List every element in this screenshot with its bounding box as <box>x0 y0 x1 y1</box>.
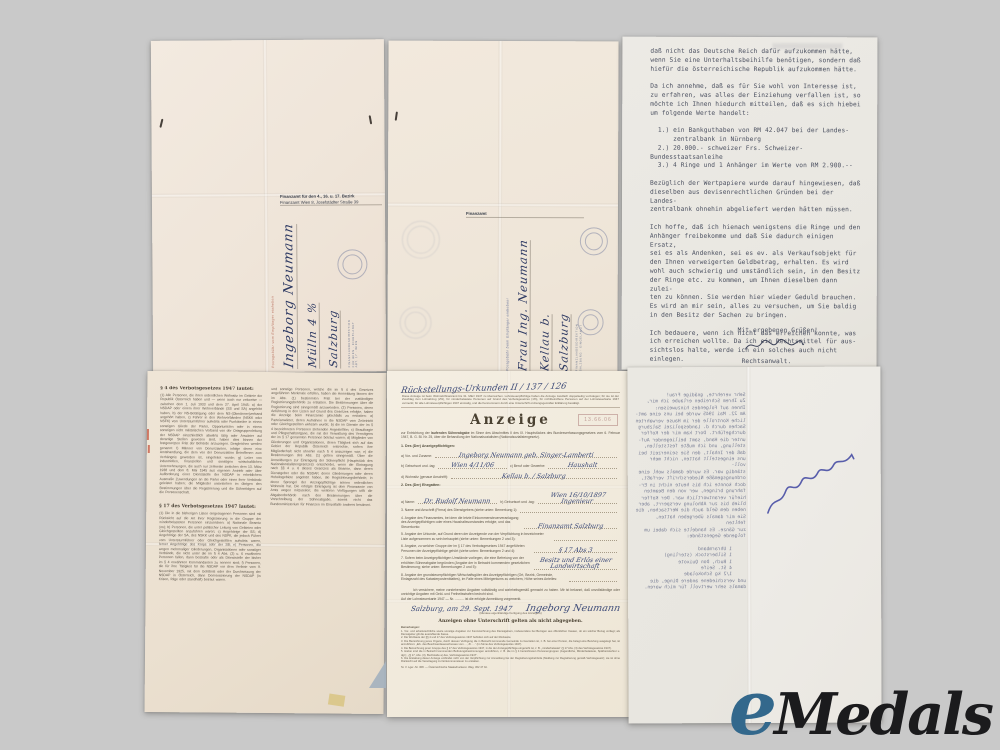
postage-note-blue: Postgebühr beim Empfänger einheben! <box>505 229 509 371</box>
date-received-stamp: 13.66.06 <box>578 414 618 426</box>
label-befreiung: 7. Sofern beim Anzeigepflichtigen Umstän… <box>401 556 531 569</box>
address-line2-row: Mülln 4 % <box>301 85 323 368</box>
label-urkunde: 5. Angabe der Urkunde, auf Grund deren d… <box>401 532 551 541</box>
value-vorname: Ingeborg Neumann geb. Singer-Lamberti <box>458 452 594 458</box>
label-ehegatte-geburt: b) Geburtsort und -tag: <box>500 500 534 504</box>
postmark-inner-ring <box>405 312 427 334</box>
letter-body-text: daß nicht das Deutsche Reich dafür aufzu… <box>650 48 863 365</box>
address-block-rotated: Portogebühr vom Empfänger einheben Ingeb… <box>269 84 383 368</box>
finanzamt-label: Finanzamt <box>466 211 584 218</box>
staple-mark-icon <box>159 119 163 128</box>
address-line2-handwriting: Kellau b. <box>538 312 552 372</box>
postmark-inner-ring <box>342 254 362 274</box>
form-title-row: Anzeige 13.66.06 <box>401 412 620 428</box>
value-gruppe: § 17 Abs 3 <box>558 547 593 553</box>
sender-printed-lines: Finanzamt <box>466 211 586 218</box>
address-line3-row: Salzburg <box>554 229 572 371</box>
form-row-birth: b) Geburtsort und -tag: Wien 4/11/06 c) … <box>401 461 620 468</box>
form-declaration-2: Auf der Lohnsteuerkarte 1947 — Nr. .....… <box>401 597 620 601</box>
field-wohnsitz: Kellau b. / Salzburg <box>451 472 617 479</box>
field-finanzamt: Finanzamt Salzburg <box>524 522 617 529</box>
field-ehegatte-geburt: Wien 16/10/1897 Ingenieur <box>538 491 617 504</box>
address-line2-handwriting: Mülln 4 % <box>306 301 320 369</box>
field-geburtsort: Wien 4/11/06 <box>438 461 507 468</box>
address-line2-row: Kellau b. <box>535 229 553 371</box>
form-row-4: 4. Angabe des Finanzamtes, bei dem die l… <box>401 516 620 529</box>
law-text-continued: und sonstige Personen, welche die im § 4… <box>270 387 373 507</box>
fold-line <box>388 203 618 208</box>
law-text-par4: (1) Alle Personen, die ihren ordentliche… <box>159 393 262 495</box>
form-row-ehegatte: a) Name: Dr. Rudolf Neumann b) Geburtsor… <box>401 491 620 504</box>
postmark-inner-ring <box>585 232 603 250</box>
printer-footnote: St. V. Lger.-Nr. 308. — Österreichische … <box>401 666 620 669</box>
bleedthrough-postmark-icon <box>402 221 440 259</box>
emedals-wordmark: Medals <box>774 681 992 748</box>
law-heading-par17: § 17 des Verbotsgesetzes 1947 lautet: <box>159 504 261 510</box>
form-item2-head: 2. Des (Der) Ehegatten: <box>401 483 620 487</box>
form-row-7: 7. Sofern beim Anzeigepflichtigen Umstän… <box>401 556 620 569</box>
bemerkungen-text: 1. Vor- und arbeitsrechtliche sowie sons… <box>401 630 620 664</box>
staple-mark-icon <box>395 112 398 121</box>
form-row-3: 3. Name und Anschrift (Firma) des Dienst… <box>401 507 620 512</box>
value-ehegatte-geburt: Wien 16/10/1897 Ingenieur <box>536 492 618 504</box>
field-dienstgeber <box>520 507 617 512</box>
place-date-handwriting: Salzburg, am 29. Sept. 1947 <box>410 606 512 612</box>
form-row-6: 6. Angabe, zu welcher Gruppe der im § 17… <box>401 544 620 553</box>
field-befreiung: Besitz und Erlös einer Landwirtschaft <box>534 556 617 569</box>
red-pencil-mark <box>148 445 150 453</box>
applicant-signature-handwriting: Ingeborg Neumann <box>525 606 620 612</box>
law-heading-par4: § 4 des Verbotsgesetzes 1947 lautet: <box>160 386 262 392</box>
address-line3-handwriting: Salzburg <box>557 312 571 372</box>
label-geburtsort: b) Geburtsort und -tag: <box>401 464 435 468</box>
address-line3-row: Salzburg <box>322 84 344 367</box>
mirrored-typed-text: Sehr verehrte, gnädige Frau! Zu Ihrem Sc… <box>633 393 746 592</box>
value-wohnsitz: Kellau b. / Salzburg <box>502 473 567 479</box>
law-column-right: und sonstige Personen, welche die im § 4… <box>269 387 374 704</box>
fold-line <box>263 40 269 372</box>
value-beruf: Haushalt <box>567 462 597 468</box>
form-content: Rückstellungs-Urkunden II / 137 / 126 Di… <box>401 376 620 712</box>
label-gruppe: 6. Angabe, zu welcher Gruppe der im § 17… <box>401 544 531 553</box>
field-gruppe: § 17 Abs 3 <box>534 546 617 553</box>
no-signature-warning: Anzeigen ohne Unterschrift gelten als ni… <box>401 619 620 624</box>
letter-closing-block: Mit ergebenen Grüßen! Rechtsanwalt. <box>738 327 818 367</box>
value-ehegatte-name: Dr. Rudolf Neumann <box>424 498 492 504</box>
form-subtitle: zur Entrichtung der laufenden Sühneabgab… <box>401 431 620 440</box>
document-cover-sheet-1: Finanzamt für den 4., 16. u. 17. Bezirk … <box>151 39 386 373</box>
postmark-inner-ring <box>407 226 435 254</box>
bleedthrough-postmark-icon <box>400 307 432 339</box>
postmark-stamp-icon <box>337 249 367 279</box>
label-dienstgeber: 3. Name und Anschrift (Firma) des Dienst… <box>401 508 517 512</box>
address-name-row: Frau Ing. Neumann <box>510 229 534 371</box>
form-row-name: a) Vor- und Zuname: Ingeborg Neumann geb… <box>401 451 620 458</box>
document-cover-sheet-2: Finanzamt Postgebühr beim Empfänger einh… <box>387 41 618 373</box>
signature-scrawl-icon <box>744 337 806 353</box>
letter-signatory-line: Rechtsanwalt. <box>742 358 818 367</box>
law-columns: § 4 des Verbotsgesetzes 1947 lautet: (1)… <box>158 386 374 704</box>
receipt-stamp-text: FINANZLANDESDIREKTION SALZBURG · EINGELA… <box>575 229 583 371</box>
field-vorname: Ingeborg Neumann geb. Singer-Lamberti <box>435 451 617 458</box>
field-ehegatte-name: Dr. Rudolf Neumann <box>418 497 497 504</box>
form-row-wohnsitz: d) Wohnsitz (genaue Anschrift): Kellau b… <box>401 472 620 479</box>
form-signature-row: Salzburg, am 29. Sept. 1947 Ingeborg Neu… <box>401 605 620 611</box>
document-typed-letter: daß nicht das Deutsche Reich dafür aufzu… <box>622 37 878 371</box>
postmark-stamp-icon <box>580 227 608 255</box>
label-ehegatte-name: a) Name: <box>401 500 415 504</box>
emedals-watermark-logo: e Medals <box>729 678 992 748</box>
postmark-inner-ring <box>583 314 599 330</box>
label-wohnsitz: d) Wohnsitz (genaue Anschrift): <box>401 475 448 479</box>
letter-closing-line: Mit ergebenen Grüßen! <box>738 327 818 336</box>
form-row-5: 5. Angabe der Urkunde, auf Grund deren d… <box>401 532 620 541</box>
address-line3-handwriting: Salzburg <box>327 309 341 369</box>
label-wirtschaftsgueter: 8. Angabe der grundsteuerpflichtigen Wir… <box>401 573 566 582</box>
label-vorname: a) Vor- und Zuname: <box>401 454 432 458</box>
value-befreiung: Besitz und Erlös einer Landwirtschaft <box>533 557 618 569</box>
addressee-name-handwriting: Frau Ing. Neumann <box>515 238 530 372</box>
form-declaration: Ich versichere, meine vorstehenden Angab… <box>401 588 620 597</box>
label-finanzamt: 4. Angabe des Finanzamtes, bei dem die l… <box>401 516 521 529</box>
tape-residue <box>328 694 345 707</box>
red-pencil-mark <box>147 429 149 440</box>
law-text-par17: (1) Die in die bisherigen Listen eingetr… <box>159 511 262 582</box>
addressee-name-handwriting: Ingeborg Neumann <box>281 222 298 369</box>
document-anzeige-form: Rückstellungs-Urkunden II / 137 / 126 Di… <box>387 371 632 717</box>
document-law-text-sheet: § 4 des Verbotsgesetzes 1947 lautet: (1)… <box>145 371 387 714</box>
emedals-e-glyph: e <box>729 678 777 739</box>
law-column-left: § 4 des Verbotsgesetzes 1947 lautet: (1)… <box>158 386 263 703</box>
address-name-row: Ingeborg Neumann <box>274 85 302 368</box>
value-finanzamt: Finanzamt Salzburg <box>537 523 603 529</box>
postmark-stamp-icon <box>578 309 604 335</box>
label-beruf: c) Beruf oder Gewerbe: <box>510 464 545 468</box>
field-urkunde <box>554 536 617 541</box>
receipt-stamp-text: FINANZLANDESDIREKTION FÜR WIEN · EINGELA… <box>346 84 359 367</box>
field-beruf: Haushalt <box>548 461 617 468</box>
field-wirtschaftsgueter <box>569 576 617 581</box>
value-geburtsort: Wien 4/11/06 <box>451 462 495 468</box>
blue-pen-scrawl-icon <box>764 451 860 521</box>
form-item1-head: 1. Des (Der) Anzeigepflichtigen: <box>401 444 620 448</box>
form-row-8: 8. Angabe der grundsteuerpflichtigen Wir… <box>401 573 620 582</box>
photo-canvas: Finanzamt für den 4., 16. u. 17. Bezirk … <box>0 0 1000 750</box>
